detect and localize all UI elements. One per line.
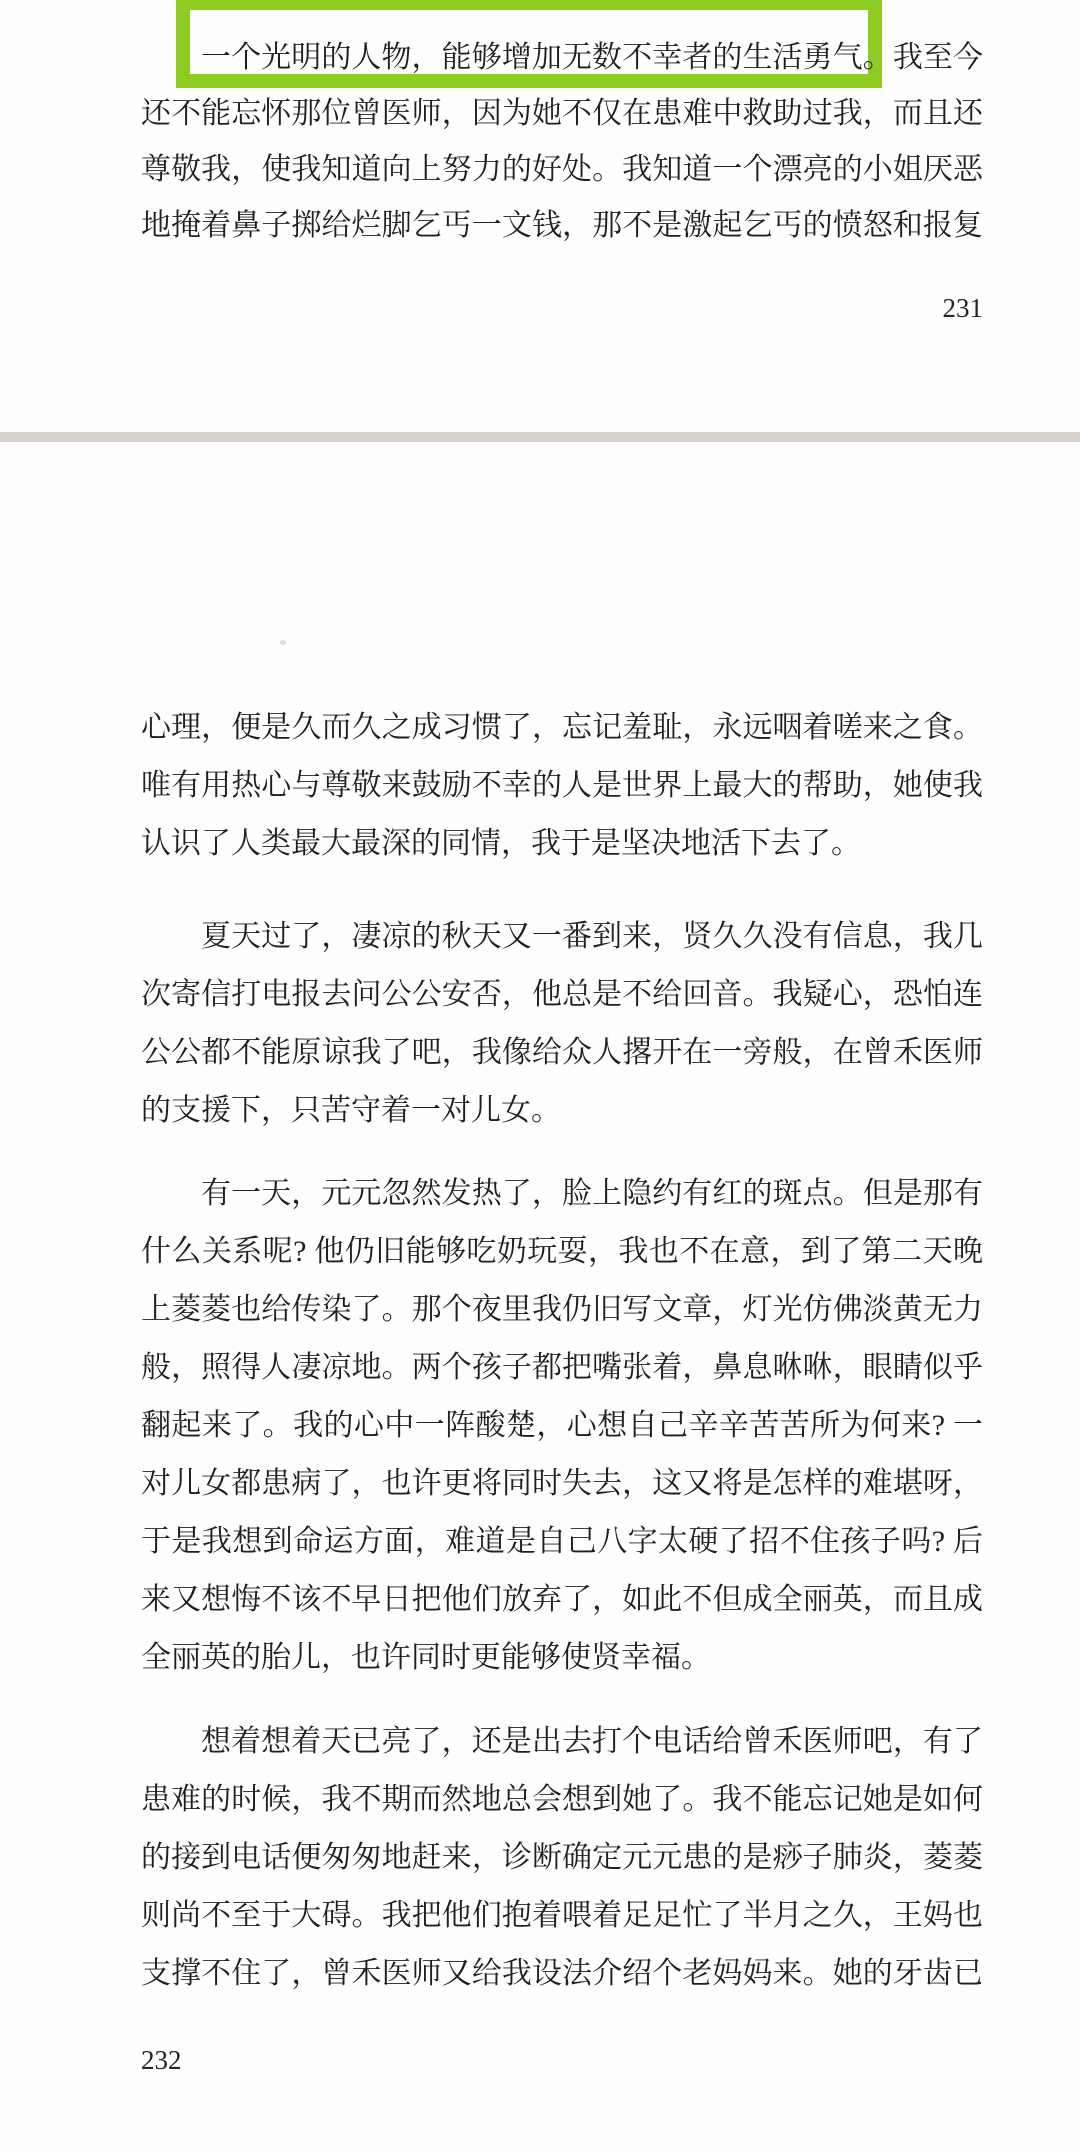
page-number-232: 232	[141, 2045, 182, 2075]
text-line: 对儿女都患病了，也许更将同时失去，这又将是怎样的难堪呀，	[141, 1455, 983, 1513]
text-line: 想着想着天已亮了，还是出去打个电话给曾禾医师吧，有了	[141, 1713, 983, 1771]
text-line: 的支援下，只苦守着一对儿女。	[141, 1082, 983, 1140]
text-line: 来又想悔不该不早日把他们放弃了，如此不但成全丽英，而且成	[141, 1571, 983, 1629]
text-line: 地掩着鼻子掷给烂脚乞丐一文钱，那不是激起乞丐的愤怒和报复	[141, 198, 983, 254]
paragraph-2: 夏天过了，凄凉的秋天又一番到来，贤久久没有信息，我几 次寄信打电报去问公公安否，…	[141, 908, 983, 1140]
text-line: 夏天过了，凄凉的秋天又一番到来，贤久久没有信息，我几	[141, 908, 983, 966]
text-line: 唯有用热心与尊敬来鼓励不幸的人是世界上最大的帮助，她使我	[141, 757, 983, 815]
text-line: 全丽英的胎儿，也许同时更能够使贤幸福。	[141, 1629, 983, 1687]
scan-artifact-dot	[280, 640, 286, 645]
text-line: 认识了人类最大最深的同情，我于是坚决地活下去了。	[141, 815, 983, 873]
text-line: 般，照得人凄凉地。两个孩子都把嘴张着，鼻息咻咻，眼睛似乎	[141, 1339, 983, 1397]
text-line: 尊敬我，使我知道向上努力的好处。我知道一个漂亮的小姐厌恶	[141, 142, 983, 198]
page-separator	[0, 432, 1080, 442]
text-line: 则尚不至于大碍。我把他们抱着喂着足足忙了半月之久，王妈也	[141, 1887, 983, 1945]
paragraph-1: 心理，便是久而久之成习惯了，忘记羞耻，永远咽着嗟来之食。 唯有用热心与尊敬来鼓励…	[141, 699, 983, 873]
text-line: 支撑不住了，曾禾医师又给我设法介绍个老妈妈来。她的牙齿已	[141, 1945, 983, 2003]
page-231-text-block: 一个光明的人物，能够增加无数不幸者的生活勇气。我至今 还不能忘怀那位曾医师，因为…	[141, 30, 983, 254]
text-line: 一个光明的人物，能够增加无数不幸者的生活勇气。我至今	[141, 30, 983, 86]
paragraph-3: 有一天，元元忽然发热了，脸上隐约有红的斑点。但是那有 什么关系呢? 他仍旧能够吃…	[141, 1165, 983, 1687]
text-line: 翻起来了。我的心中一阵酸楚，心想自己辛辛苦苦所为何来? 一	[141, 1397, 983, 1455]
text-line: 公公都不能原谅我了吧，我像给众人撂开在一旁般，在曾禾医师	[141, 1024, 983, 1082]
text-line: 心理，便是久而久之成习惯了，忘记羞耻，永远咽着嗟来之食。	[141, 699, 983, 757]
text-line: 于是我想到命运方面，难道是自己八字太硬了招不住孩子吗? 后	[141, 1513, 983, 1571]
text-line: 什么关系呢? 他仍旧能够吃奶玩耍，我也不在意，到了第二天晚	[141, 1223, 983, 1281]
paragraph-4: 想着想着天已亮了，还是出去打个电话给曾禾医师吧，有了 患难的时候，我不期而然地总…	[141, 1713, 983, 2003]
text-line: 的接到电话便匆匆地赶来，诊断确定元元患的是痧子肺炎，菱菱	[141, 1829, 983, 1887]
text-line: 患难的时候，我不期而然地总会想到她了。我不能忘记她是如何	[141, 1771, 983, 1829]
page-number-231: 231	[141, 293, 983, 323]
text-line: 次寄信打电报去问公公安否，他总是不给回音。我疑心，恐怕连	[141, 966, 983, 1024]
text-line: 还不能忘怀那位曾医师，因为她不仅在患难中救助过我，而且还	[141, 86, 983, 142]
text-line: 上菱菱也给传染了。那个夜里我仍旧写文章，灯光仿佛淡黄无力	[141, 1281, 983, 1339]
text-line: 有一天，元元忽然发热了，脸上隐约有红的斑点。但是那有	[141, 1165, 983, 1223]
scanned-book-page: 一个光明的人物，能够增加无数不幸者的生活勇气。我至今 还不能忘怀那位曾医师，因为…	[0, 0, 1080, 2152]
